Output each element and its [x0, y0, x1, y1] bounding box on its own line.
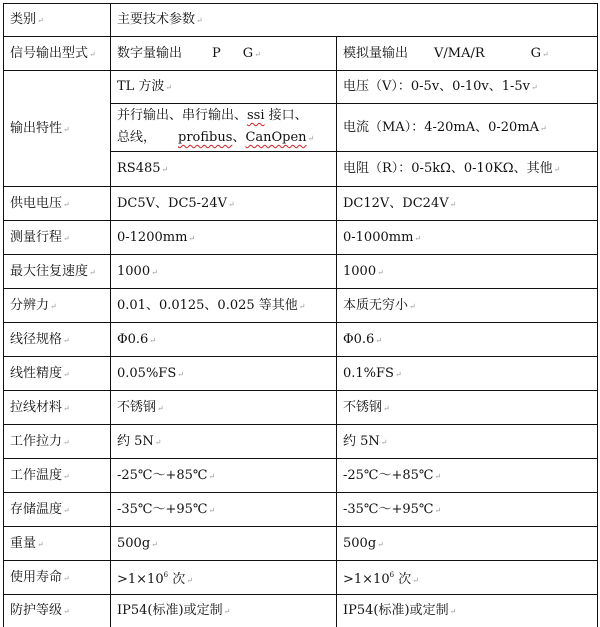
row-label-cell: 信号输出型式↵	[4, 37, 111, 71]
paragraph-mark-icon: ↵	[395, 370, 402, 379]
spec-row-service-life: 使用寿命↵ >1×106 次↵ >1×106 次↵	[4, 561, 598, 595]
analog-value-cell: -25℃～+85℃↵	[337, 459, 598, 493]
row-label-cell: 分辨力↵	[4, 289, 111, 323]
paragraph-mark-icon: ↵	[157, 404, 164, 413]
analog-voltage: 电压（V）：0-5v、0-10v、1-5v	[343, 79, 530, 94]
paragraph-mark-icon: ↵	[63, 574, 70, 583]
digital-value-cell: 500g↵	[111, 527, 337, 561]
row-label: 线性精度	[10, 366, 62, 381]
analog-value: 本质无穷小	[343, 298, 408, 313]
analog-voltage-cell: 电压（V）：0-5v、0-10v、1-5v↵	[337, 71, 598, 104]
paragraph-mark-icon: ↵	[37, 540, 44, 549]
digital-value-cell: 约 5N↵	[111, 425, 337, 459]
digital-value-cell: IP54(标准)或定制↵	[111, 595, 337, 627]
paragraph-mark-icon: ↵	[63, 404, 70, 413]
digital-value-cell: DC5V、DC5-24V↵	[111, 187, 337, 221]
analog-value-cell: 500g↵	[337, 527, 598, 561]
paragraph-mark-icon: ↵	[63, 438, 70, 447]
digital-value-cell: 1000↵	[111, 255, 337, 289]
analog-code-g: G	[531, 46, 541, 61]
paragraph-mark-icon: ↵	[155, 438, 162, 447]
analog-value-cell: 0-1000mm↵	[337, 221, 598, 255]
paragraph-mark-icon: ↵	[149, 336, 156, 345]
row-label: 防护等级	[10, 603, 62, 618]
digital-value-cell: 0.05%FS↵	[111, 357, 337, 391]
paragraph-mark-icon: ↵	[63, 336, 70, 345]
paragraph-mark-icon: ↵	[554, 165, 561, 174]
analog-resistance: 电阻（R）：0-5kΩ、0-10KΩ、其他	[343, 161, 553, 176]
analog-resistance-cell: 电阻（R）：0-5kΩ、0-10KΩ、其他↵	[337, 152, 598, 187]
header-row: 类别↵ 主要技术参数↵	[4, 4, 598, 37]
paragraph-mark-icon: ↵	[89, 50, 96, 59]
interface-text: 接口、	[265, 108, 308, 123]
paragraph-mark-icon: ↵	[151, 540, 158, 549]
technical-spec-table: 类别↵ 主要技术参数↵ 信号输出型式↵ 数字量输出PG↵ 模拟量输出V/MA/R…	[3, 3, 598, 627]
paragraph-mark-icon: ↵	[188, 234, 195, 243]
row-label: 测量行程	[10, 230, 62, 245]
paragraph-mark-icon: ↵	[63, 370, 70, 379]
analog-value: 0-1000mm	[343, 230, 413, 245]
row-label-cell: 工作拉力↵	[4, 425, 111, 459]
row-label-cell: 防护等级↵	[4, 595, 111, 627]
analog-value: 1000	[343, 264, 376, 279]
digital-value: IP54(标准)或定制	[117, 603, 223, 618]
spec-row-measuring-range: 测量行程↵ 0-1200mm↵ 0-1000mm↵	[4, 221, 598, 255]
row-label: 工作温度	[10, 468, 62, 483]
paragraph-mark-icon: ↵	[89, 268, 96, 277]
analog-value: IP54(标准)或定制	[343, 603, 449, 618]
paragraph-mark-icon: ↵	[177, 370, 184, 379]
paragraph-mark-icon: ↵	[377, 540, 384, 549]
analog-value: 0.1%FS	[343, 366, 394, 381]
digital-value-cell: 0-1200mm↵	[111, 221, 337, 255]
digital-interfaces-line2: 总线，profibus、CanOpen↵	[117, 127, 330, 150]
life-suffix: 次	[168, 572, 185, 587]
digital-value-cell: -25℃～+85℃↵	[111, 459, 337, 493]
paragraph-mark-icon: ↵	[208, 472, 215, 481]
row-label-cell: 输出特性↵	[4, 71, 111, 187]
paragraph-mark-icon: ↵	[37, 16, 44, 25]
digital-value-cell: Φ0.6↵	[111, 323, 337, 357]
paragraph-mark-icon: ↵	[63, 200, 70, 209]
paragraph-mark-icon: ↵	[151, 268, 158, 277]
spec-row-storage-temperature: 存储温度↵ -35℃～+95℃↵ -35℃～+95℃↵	[4, 493, 598, 527]
row-label: 供电电压	[10, 196, 62, 211]
paragraph-mark-icon: ↵	[63, 607, 70, 616]
paragraph-mark-icon: ↵	[409, 302, 416, 311]
paragraph-mark-icon: ↵	[63, 125, 70, 134]
paragraph-mark-icon: ↵	[162, 165, 169, 174]
digital-code-g: G	[243, 46, 253, 61]
bus-text: 总线，	[117, 130, 156, 145]
row-label-cell: 使用寿命↵	[4, 561, 111, 595]
analog-value: 不锈钢	[343, 400, 382, 415]
interfaces-text: 并行输出、串行输出、	[117, 108, 247, 123]
analog-value-cell: 不锈钢↵	[337, 391, 598, 425]
paragraph-mark-icon: ↵	[165, 83, 172, 92]
paragraph-mark-icon: ↵	[375, 336, 382, 345]
analog-current-cell: 电流（MA）：4-20mA、0-20mA↵	[337, 104, 598, 152]
paragraph-mark-icon: ↵	[434, 472, 441, 481]
paragraph-mark-icon: ↵	[63, 234, 70, 243]
digital-rs485-cell: RS485↵	[111, 152, 337, 187]
digital-value: 0-1200mm	[117, 230, 187, 245]
row-label: 最大往复速度	[10, 264, 88, 279]
digital-value: DC5V、DC5-24V	[117, 196, 227, 211]
analog-current: 电流（MA）：4-20mA、0-20mA	[343, 120, 539, 135]
ssi-text: ssi	[247, 108, 265, 123]
analog-value-cell: >1×106 次↵	[337, 561, 598, 595]
digital-code-p: P	[212, 46, 221, 61]
digital-value-cell: 不锈钢↵	[111, 391, 337, 425]
digital-value: -25℃～+85℃	[117, 468, 207, 483]
analog-value-cell: 0.1%FS↵	[337, 357, 598, 391]
row-label-cell: 工作温度↵	[4, 459, 111, 493]
row-label-cell: 线性精度↵	[4, 357, 111, 391]
digital-value: 500g	[117, 536, 150, 551]
digital-value: 0.05%FS	[117, 366, 176, 381]
digital-value-cell: 0.01、0.0125、0.025 等其他↵	[111, 289, 337, 323]
paragraph-mark-icon: ↵	[196, 16, 203, 25]
row-label: 输出特性	[10, 121, 62, 136]
analog-value-cell: 1000↵	[337, 255, 598, 289]
analog-value-cell: 本质无穷小↵	[337, 289, 598, 323]
digital-value: 1000	[117, 264, 150, 279]
spec-row-working-tension: 工作拉力↵ 约 5N↵ 约 5N↵	[4, 425, 598, 459]
spec-row-supply-voltage: 供电电压↵ DC5V、DC5-24V↵ DC12V、DC24V↵	[4, 187, 598, 221]
row-label-cell: 重量↵	[4, 527, 111, 561]
row-label-cell: 测量行程↵	[4, 221, 111, 255]
spec-row-wire-material: 拉线材料↵ 不锈钢↵ 不锈钢↵	[4, 391, 598, 425]
spec-row-protection-class: 防护等级↵ IP54(标准)或定制↵ IP54(标准)或定制↵	[4, 595, 598, 627]
paragraph-mark-icon: ↵	[450, 200, 457, 209]
digital-value: -35℃～+95℃	[117, 502, 207, 517]
paragraph-mark-icon: ↵	[381, 438, 388, 447]
analog-value: 500g	[343, 536, 376, 551]
canopen-text: CanOpen	[245, 130, 306, 145]
digital-value-cell: >1×106 次↵	[111, 561, 337, 595]
paragraph-mark-icon: ↵	[228, 200, 235, 209]
analog-value: -35℃～+95℃	[343, 502, 433, 517]
digital-interfaces-line1: 并行输出、串行输出、ssi 接口、	[117, 105, 330, 127]
spec-row-linearity: 线性精度↵ 0.05%FS↵ 0.1%FS↵	[4, 357, 598, 391]
analog-value: -25℃～+85℃	[343, 468, 433, 483]
row-label: 分辨力	[10, 298, 49, 313]
analog-output-name: 模拟量输出	[343, 46, 408, 61]
paragraph-mark-icon: ↵	[377, 268, 384, 277]
row-label-cell: 线径规格↵	[4, 323, 111, 357]
paragraph-mark-icon: ↵	[63, 506, 70, 515]
digital-rs485: RS485	[117, 161, 161, 176]
spec-row-wire-diameter: 线径规格↵ Φ0.6↵ Φ0.6↵	[4, 323, 598, 357]
output-characteristics-row-1: 输出特性↵ TL 方波↵ 电压（V）：0-5v、0-10v、1-5v↵	[4, 71, 598, 104]
analog-value-cell: DC12V、DC24V↵	[337, 187, 598, 221]
row-label: 信号输出型式	[10, 46, 88, 61]
paragraph-mark-icon: ↵	[540, 124, 547, 133]
row-label: 拉线材料	[10, 400, 62, 415]
analog-value-cell: Φ0.6↵	[337, 323, 598, 357]
row-label-cell: 拉线材料↵	[4, 391, 111, 425]
signal-output-row: 信号输出型式↵ 数字量输出PG↵ 模拟量输出V/MA/RG↵	[4, 37, 598, 71]
paragraph-mark-icon: ↵	[50, 302, 57, 311]
digital-value: 不锈钢	[117, 400, 156, 415]
row-label-cell: 供电电压↵	[4, 187, 111, 221]
paragraph-mark-icon: ↵	[299, 302, 306, 311]
spec-row-operating-temperature: 工作温度↵ -25℃～+85℃↵ -25℃～+85℃↵	[4, 459, 598, 493]
row-label: 线径规格	[10, 332, 62, 347]
digital-value-cell: -35℃～+95℃↵	[111, 493, 337, 527]
paragraph-mark-icon: ↵	[450, 607, 457, 616]
digital-value: 约 5N	[117, 434, 154, 449]
paragraph-mark-icon: ↵	[531, 83, 538, 92]
main-params-header: 主要技术参数	[117, 12, 195, 27]
digital-ttl: TL 方波	[117, 79, 164, 94]
paragraph-mark-icon: ↵	[434, 506, 441, 515]
paragraph-mark-icon: ↵	[414, 234, 421, 243]
analog-output-cell: 模拟量输出V/MA/RG↵	[337, 37, 598, 71]
paragraph-mark-icon: ↵	[186, 576, 193, 585]
digital-ttl-cell: TL 方波↵	[111, 71, 337, 104]
row-label-cell: 存储温度↵	[4, 493, 111, 527]
spec-row-resolution: 分辨力↵ 0.01、0.0125、0.025 等其他↵ 本质无穷小↵	[4, 289, 598, 323]
paragraph-mark-icon: ↵	[412, 576, 419, 585]
paragraph-mark-icon: ↵	[224, 607, 231, 616]
profibus-text: profibus	[178, 130, 232, 145]
category-header-cell: 类别↵	[4, 4, 111, 37]
row-label: 工作拉力	[10, 434, 62, 449]
digital-output-name: 数字量输出	[117, 46, 182, 61]
analog-value: Φ0.6	[343, 332, 374, 347]
analog-value: DC12V、DC24V	[343, 196, 449, 211]
paragraph-mark-icon: ↵	[308, 134, 315, 143]
row-label: 存储温度	[10, 502, 62, 517]
analog-value-cell: IP54(标准)或定制↵	[337, 595, 598, 627]
row-label: 使用寿命	[10, 570, 62, 585]
analog-value-cell: 约 5N↵	[337, 425, 598, 459]
digital-output-cell: 数字量输出PG↵	[111, 37, 337, 71]
category-header: 类别	[10, 12, 36, 27]
paragraph-mark-icon: ↵	[254, 50, 261, 59]
life-prefix: >1×10	[343, 572, 390, 587]
row-label-cell: 最大往复速度↵	[4, 255, 111, 289]
analog-value: 约 5N	[343, 434, 380, 449]
paragraph-mark-icon: ↵	[208, 506, 215, 515]
paragraph-mark-icon: ↵	[542, 50, 549, 59]
life-suffix: 次	[394, 572, 411, 587]
digital-value: Φ0.6	[117, 332, 148, 347]
life-prefix: >1×10	[117, 572, 164, 587]
paragraph-mark-icon: ↵	[383, 404, 390, 413]
row-label: 重量	[10, 536, 36, 551]
separator-text: 、	[232, 130, 245, 145]
analog-code-vmar: V/MA/R	[434, 46, 485, 61]
analog-value-cell: -35℃～+95℃↵	[337, 493, 598, 527]
paragraph-mark-icon: ↵	[63, 472, 70, 481]
spec-row-max-speed: 最大往复速度↵ 1000↵ 1000↵	[4, 255, 598, 289]
main-params-header-cell: 主要技术参数↵	[111, 4, 598, 37]
digital-value: 0.01、0.0125、0.025 等其他	[117, 298, 298, 313]
digital-interfaces-cell: 并行输出、串行输出、ssi 接口、 总线，profibus、CanOpen↵	[111, 104, 337, 152]
spec-row-weight: 重量↵ 500g↵ 500g↵	[4, 527, 598, 561]
